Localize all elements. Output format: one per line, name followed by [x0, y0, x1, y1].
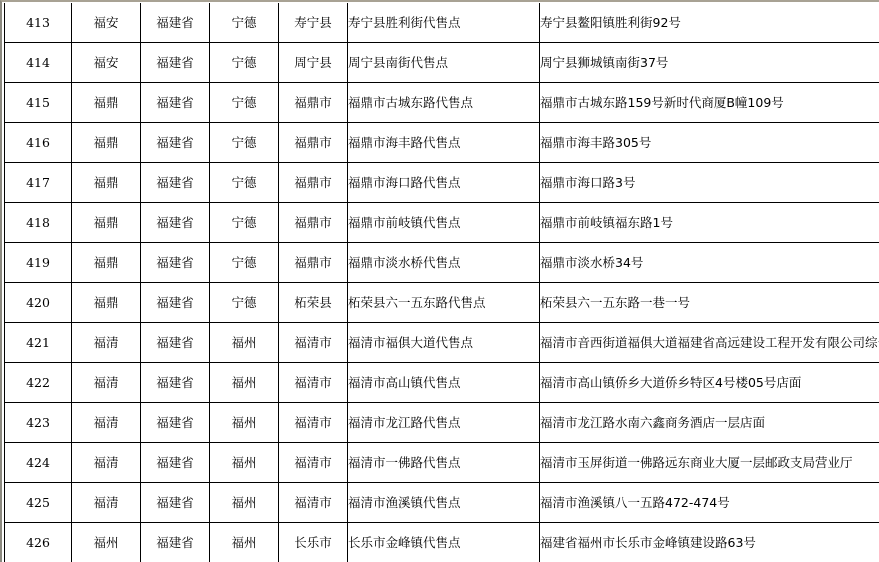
- table-row: 426 福州 福建省 福州 长乐市 长乐市金峰镇代售点 福建省福州市长乐市金峰镇…: [5, 523, 879, 562]
- cell-province[interactable]: 福建省: [141, 523, 210, 562]
- cell-no[interactable]: 417: [5, 163, 72, 203]
- cell-area[interactable]: 福鼎: [72, 283, 141, 323]
- cell-address[interactable]: 福鼎市前岐镇福东路1号: [540, 203, 879, 243]
- cell-outlet-name[interactable]: 寿宁县胜利街代售点: [348, 3, 540, 43]
- cell-no[interactable]: 425: [5, 483, 72, 523]
- cell-city[interactable]: 宁德: [210, 83, 279, 123]
- cell-address[interactable]: 福鼎市古城东路159号新时代商厦B幢109号: [540, 83, 879, 123]
- cell-address[interactable]: 福鼎市淡水桥34号: [540, 243, 879, 283]
- table-row: 424 福清 福建省 福州 福清市 福清市一佛路代售点 福清市玉屏街道一佛路远东…: [5, 443, 879, 483]
- table-body: 413 福安 福建省 宁德 寿宁县 寿宁县胜利街代售点 寿宁县鳌阳镇胜利街92号…: [5, 3, 879, 562]
- cell-province[interactable]: 福建省: [141, 3, 210, 43]
- cell-province[interactable]: 福建省: [141, 43, 210, 83]
- table-row: 421 福清 福建省 福州 福清市 福清市福俱大道代售点 福清市音西街道福俱大道…: [5, 323, 879, 363]
- cell-no[interactable]: 426: [5, 523, 72, 562]
- cell-city[interactable]: 福州: [210, 363, 279, 403]
- cell-county[interactable]: 福鼎市: [279, 203, 348, 243]
- cell-outlet-name[interactable]: 福清市高山镇代售点: [348, 363, 540, 403]
- cell-no[interactable]: 422: [5, 363, 72, 403]
- cell-province[interactable]: 福建省: [141, 163, 210, 203]
- cell-address[interactable]: 周宁县狮城镇南街37号: [540, 43, 879, 83]
- cell-outlet-name[interactable]: 福鼎市古城东路代售点: [348, 83, 540, 123]
- cell-city[interactable]: 福州: [210, 323, 279, 363]
- table-row: 425 福清 福建省 福州 福清市 福清市渔溪镇代售点 福清市渔溪镇八一五路47…: [5, 483, 879, 523]
- cell-no[interactable]: 418: [5, 203, 72, 243]
- cell-area[interactable]: 福安: [72, 3, 141, 43]
- cell-province[interactable]: 福建省: [141, 243, 210, 283]
- cell-province[interactable]: 福建省: [141, 443, 210, 483]
- cell-city[interactable]: 宁德: [210, 123, 279, 163]
- cell-city[interactable]: 宁德: [210, 43, 279, 83]
- cell-province[interactable]: 福建省: [141, 283, 210, 323]
- cell-area[interactable]: 福鼎: [72, 203, 141, 243]
- cell-county[interactable]: 柘荣县: [279, 283, 348, 323]
- cell-address[interactable]: 寿宁县鳌阳镇胜利街92号: [540, 3, 879, 43]
- cell-city[interactable]: 宁德: [210, 163, 279, 203]
- cell-province[interactable]: 福建省: [141, 203, 210, 243]
- cell-no[interactable]: 420: [5, 283, 72, 323]
- ticket-outlet-table: 413 福安 福建省 宁德 寿宁县 寿宁县胜利街代售点 寿宁县鳌阳镇胜利街92号…: [4, 3, 879, 562]
- cell-area[interactable]: 福鼎: [72, 163, 141, 203]
- cell-county[interactable]: 长乐市: [279, 523, 348, 562]
- cell-county[interactable]: 福清市: [279, 323, 348, 363]
- cell-city[interactable]: 宁德: [210, 203, 279, 243]
- cell-no[interactable]: 415: [5, 83, 72, 123]
- cell-area[interactable]: 福州: [72, 523, 141, 562]
- cell-city[interactable]: 福州: [210, 483, 279, 523]
- cell-area[interactable]: 福鼎: [72, 123, 141, 163]
- cell-city[interactable]: 宁德: [210, 283, 279, 323]
- cell-outlet-name[interactable]: 福清市一佛路代售点: [348, 443, 540, 483]
- cell-address[interactable]: 福鼎市海口路3号: [540, 163, 879, 203]
- cell-county[interactable]: 福清市: [279, 443, 348, 483]
- cell-area[interactable]: 福清: [72, 403, 141, 443]
- cell-no[interactable]: 414: [5, 43, 72, 83]
- table-row: 422 福清 福建省 福州 福清市 福清市高山镇代售点 福清市高山镇侨乡大道侨乡…: [5, 363, 879, 403]
- cell-outlet-name[interactable]: 周宁县南街代售点: [348, 43, 540, 83]
- cell-address[interactable]: 福清市高山镇侨乡大道侨乡特区4号楼05号店面: [540, 363, 879, 403]
- cell-city[interactable]: 福州: [210, 523, 279, 562]
- cell-address[interactable]: 福鼎市海丰路305号: [540, 123, 879, 163]
- table-row: 414 福安 福建省 宁德 周宁县 周宁县南街代售点 周宁县狮城镇南街37号: [5, 43, 879, 83]
- cell-address[interactable]: 福清市渔溪镇八一五路472-474号: [540, 483, 879, 523]
- cell-outlet-name[interactable]: 福清市龙江路代售点: [348, 403, 540, 443]
- cell-area[interactable]: 福清: [72, 323, 141, 363]
- cell-outlet-name[interactable]: 福清市福俱大道代售点: [348, 323, 540, 363]
- table-row: 416 福鼎 福建省 宁德 福鼎市 福鼎市海丰路代售点 福鼎市海丰路305号: [5, 123, 879, 163]
- cell-city[interactable]: 宁德: [210, 3, 279, 43]
- cell-county[interactable]: 福清市: [279, 483, 348, 523]
- cell-area[interactable]: 福清: [72, 443, 141, 483]
- cell-county[interactable]: 福清市: [279, 403, 348, 443]
- cell-city[interactable]: 福州: [210, 403, 279, 443]
- cell-city[interactable]: 福州: [210, 443, 279, 483]
- cell-outlet-name[interactable]: 福鼎市海丰路代售点: [348, 123, 540, 163]
- cell-no[interactable]: 413: [5, 3, 72, 43]
- cell-province[interactable]: 福建省: [141, 323, 210, 363]
- cell-province[interactable]: 福建省: [141, 123, 210, 163]
- table-row: 419 福鼎 福建省 宁德 福鼎市 福鼎市淡水桥代售点 福鼎市淡水桥34号: [5, 243, 879, 283]
- cell-address[interactable]: 福清市玉屏街道一佛路远东商业大厦一层邮政支局营业厅: [540, 443, 879, 483]
- cell-outlet-name[interactable]: 福鼎市海口路代售点: [348, 163, 540, 203]
- cell-address[interactable]: 福清市音西街道福俱大道福建省高远建设工程开发有限公司综合楼一层: [540, 323, 879, 363]
- table-row: 413 福安 福建省 宁德 寿宁县 寿宁县胜利街代售点 寿宁县鳌阳镇胜利街92号: [5, 3, 879, 43]
- cell-area[interactable]: 福鼎: [72, 83, 141, 123]
- cell-address[interactable]: 柘荣县六一五东路一巷一号: [540, 283, 879, 323]
- cell-county[interactable]: 周宁县: [279, 43, 348, 83]
- cell-no[interactable]: 423: [5, 403, 72, 443]
- spreadsheet-frame: 413 福安 福建省 宁德 寿宁县 寿宁县胜利街代售点 寿宁县鳌阳镇胜利街92号…: [0, 0, 879, 562]
- cell-area[interactable]: 福清: [72, 363, 141, 403]
- cell-county[interactable]: 福鼎市: [279, 243, 348, 283]
- cell-county[interactable]: 福鼎市: [279, 123, 348, 163]
- cell-no[interactable]: 424: [5, 443, 72, 483]
- cell-outlet-name[interactable]: 福鼎市前岐镇代售点: [348, 203, 540, 243]
- cell-area[interactable]: 福安: [72, 43, 141, 83]
- cell-province[interactable]: 福建省: [141, 483, 210, 523]
- table-row: 418 福鼎 福建省 宁德 福鼎市 福鼎市前岐镇代售点 福鼎市前岐镇福东路1号: [5, 203, 879, 243]
- cell-outlet-name[interactable]: 柘荣县六一五东路代售点: [348, 283, 540, 323]
- cell-outlet-name[interactable]: 福清市渔溪镇代售点: [348, 483, 540, 523]
- cell-address[interactable]: 福建省福州市长乐市金峰镇建设路63号: [540, 523, 879, 562]
- cell-no[interactable]: 419: [5, 243, 72, 283]
- cell-outlet-name[interactable]: 长乐市金峰镇代售点: [348, 523, 540, 562]
- cell-no[interactable]: 416: [5, 123, 72, 163]
- cell-county[interactable]: 福鼎市: [279, 163, 348, 203]
- cell-province[interactable]: 福建省: [141, 403, 210, 443]
- cell-area[interactable]: 福鼎: [72, 243, 141, 283]
- cell-province[interactable]: 福建省: [141, 83, 210, 123]
- cell-city[interactable]: 宁德: [210, 243, 279, 283]
- cell-county[interactable]: 福清市: [279, 363, 348, 403]
- cell-outlet-name[interactable]: 福鼎市淡水桥代售点: [348, 243, 540, 283]
- cell-no[interactable]: 421: [5, 323, 72, 363]
- cell-county[interactable]: 寿宁县: [279, 3, 348, 43]
- cell-county[interactable]: 福鼎市: [279, 83, 348, 123]
- table-row: 420 福鼎 福建省 宁德 柘荣县 柘荣县六一五东路代售点 柘荣县六一五东路一巷…: [5, 283, 879, 323]
- table-row: 423 福清 福建省 福州 福清市 福清市龙江路代售点 福清市龙江路水南六鑫商务…: [5, 403, 879, 443]
- cell-province[interactable]: 福建省: [141, 363, 210, 403]
- table-row: 417 福鼎 福建省 宁德 福鼎市 福鼎市海口路代售点 福鼎市海口路3号: [5, 163, 879, 203]
- cell-area[interactable]: 福清: [72, 483, 141, 523]
- table-row: 415 福鼎 福建省 宁德 福鼎市 福鼎市古城东路代售点 福鼎市古城东路159号…: [5, 83, 879, 123]
- cell-address[interactable]: 福清市龙江路水南六鑫商务酒店一层店面: [540, 403, 879, 443]
